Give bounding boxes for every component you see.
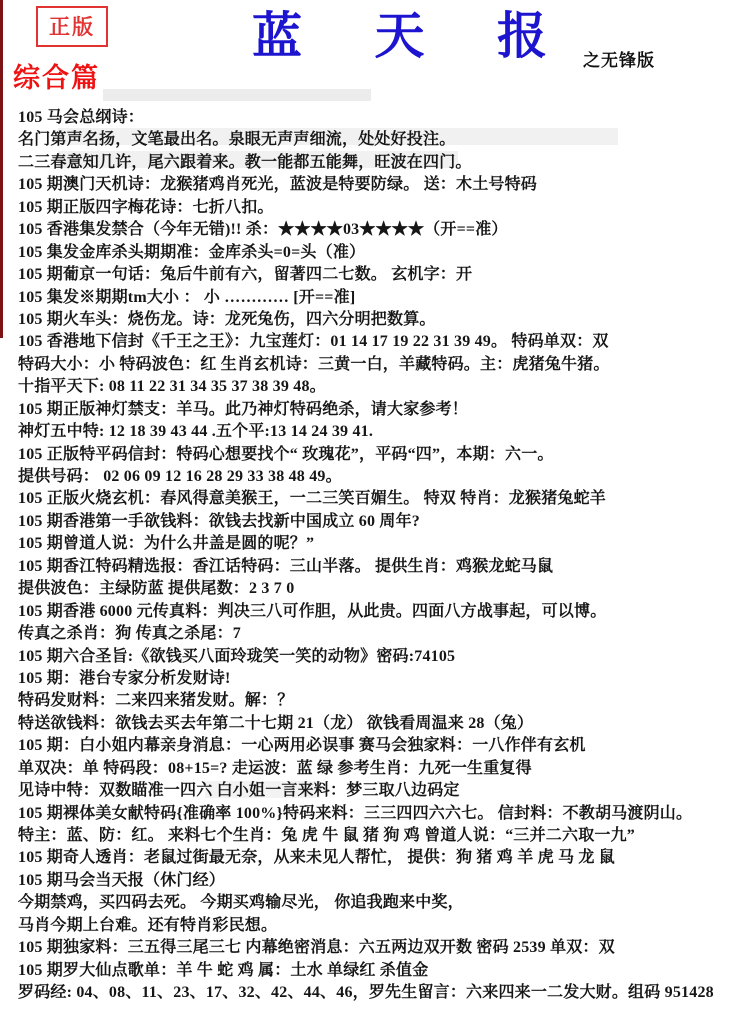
report-line: 105 正版火烧玄机：春风得意美猴王，一二三笑百媚生。 特双 特肖：龙猴猪兔蛇羊 [18, 488, 744, 510]
report-page: 正版 蓝 天 报 之无锋版 综合篇 105 马会总纲诗： 名门第声名扬，文笔最出… [0, 0, 748, 1018]
report-line: 罗码经: 04、08、11、23、17、32、42、44、46，罗先生留言：六来… [18, 982, 744, 1004]
edition-label: 之无锋版 [583, 46, 655, 71]
report-line: 105 期罗大仙点歌单：羊 牛 蛇 鸡 属：土水 单绿红 杀值金 [18, 960, 744, 982]
report-line: 105 期香港 6000 元传真料：判决三八可作胆，从此贵。四面八方战事起，可以… [18, 601, 744, 623]
scan-artifact [103, 89, 371, 101]
report-line: 单双决：单 特码段：08+15=? 走运波：蓝 绿 参考生肖：九死一生重复得 [18, 758, 744, 780]
report-line: 105 期澳门天机诗：龙猴猪鸡肖死光，蓝波是特要防绿。 送：木土号特码 [18, 174, 744, 196]
report-line: 提供号码： 02 06 09 12 16 28 29 33 38 48 49。 [18, 466, 744, 488]
report-line: 105 期香港第一手欲钱料：欲钱去找新中国成立 60 周年? [18, 511, 744, 533]
report-line: 十指平天下: 08 11 22 31 34 35 37 38 39 48。 [18, 376, 744, 398]
report-line: 105 期正版四字梅花诗：七折八扣。 [18, 197, 744, 219]
report-line: 105 期香江特码精选报：香江话特码：三山半落。 提供生肖：鸡猴龙蛇马鼠 [18, 556, 744, 578]
page-title: 蓝 天 报 [252, 0, 577, 68]
report-line: 105 香港地下信封《千王之王》：九宝莲灯：01 14 17 19 22 31 … [18, 331, 744, 353]
report-line: 提供波色：主绿防蓝 提供尾数：2 3 7 0 [18, 578, 744, 600]
report-line: 105 期曾道人说：为什么井盖是圆的呢？” [18, 533, 744, 555]
report-line: 特送欲钱料：欲钱去买去年第二十七期 21（龙） 欲钱看周温来 28（兔） [18, 713, 744, 735]
report-line: 今期禁鸡，买四码去死。 今期买鸡输尽光， 你追我跑来中奖， [18, 892, 744, 914]
report-line: 105 期火车头：烧伤龙。诗：龙死兔伤，四六分明把数算。 [18, 309, 744, 331]
report-line: 105 期奇人透肖：老鼠过街最无奈，从来未见人帮忙， 提供：狗 猪 鸡 羊 虎 … [18, 847, 744, 869]
report-body: 105 马会总纲诗： 名门第声名扬，文笔最出名。泉眼无声声细流，处处好投注。 二… [18, 107, 744, 1005]
report-line: 特码大小：小 特码波色：红 生肖玄机诗：三黄一白，羊藏特码。主：虎猪兔牛猪。 [18, 354, 744, 376]
authentic-stamp-badge: 正版 [36, 6, 108, 47]
report-line: 105 正版特平码信封：特码心想要找个“ 玫瑰花”，平码“四”，本期：六一。 [18, 444, 744, 466]
report-line: 105 期正版神灯禁支：羊马。此乃神灯特码绝杀，请大家参考！ [18, 399, 744, 421]
report-line: 神灯五中特: 12 18 39 43 44 .五个平:13 14 24 39 4… [18, 421, 744, 443]
report-line: 特码发财料：二来四来猪发财。解：？ [18, 690, 744, 712]
report-line: 105 集发※期期tm大小 ： 小 ………… [开==准] [18, 287, 744, 309]
report-line: 105 期：港台专家分析发财诗! [18, 668, 744, 690]
report-line: 105 集发金库杀头期期准：金库杀头=0=头（准） [18, 242, 744, 264]
section-title: 综合篇 [13, 56, 100, 95]
report-line: 105 期葡京一句话：兔后牛前有六，留著四二七数。 玄机字：开 [18, 264, 744, 286]
report-line: 特主：蓝、防：红。 来料七个生肖：兔 虎 牛 鼠 猪 狗 鸡 曾道人说：“三并二… [18, 825, 744, 847]
report-line: 马肖今期上台难。还有特肖彩民想。 [18, 915, 744, 937]
report-line: 105 马会总纲诗： [18, 107, 744, 129]
report-line: 名门第声名扬，文笔最出名。泉眼无声声细流，处处好投注。 [18, 129, 744, 151]
report-line: 见诗中特：双数瞄准一四六 白小姐一言来料：梦三取八边码定 [18, 780, 744, 802]
left-border-rule [0, 0, 3, 338]
report-line: 105 期裸体美女献特码{准确率 100%}特码来料：三三四四六六七。 信封料：… [18, 803, 744, 825]
report-line: 105 期：白小姐内幕亲身消息：一心两用必误事 赛马会独家料：一八作伴有玄机 [18, 735, 744, 757]
report-line: 二三春意知几许，尾六跟着来。教一能都五能舞，旺波在四门。 [18, 152, 744, 174]
report-line: 105 期独家料：三五得三尾三七 内幕绝密消息：六五两边双开数 密码 2539 … [18, 937, 744, 959]
report-line: 105 香港集发禁合（今年无错)!! 杀：★★★★03★★★★（开==准） [18, 219, 744, 241]
report-line: 传真之杀肖：狗 传真之杀尾：7 [18, 623, 744, 645]
report-line: 105 期六合圣旨:《欲钱买八面玲珑笑一笑的动物》密码:74105 [18, 646, 744, 668]
report-line: 105 期马会当天报（休门经） [18, 870, 744, 892]
